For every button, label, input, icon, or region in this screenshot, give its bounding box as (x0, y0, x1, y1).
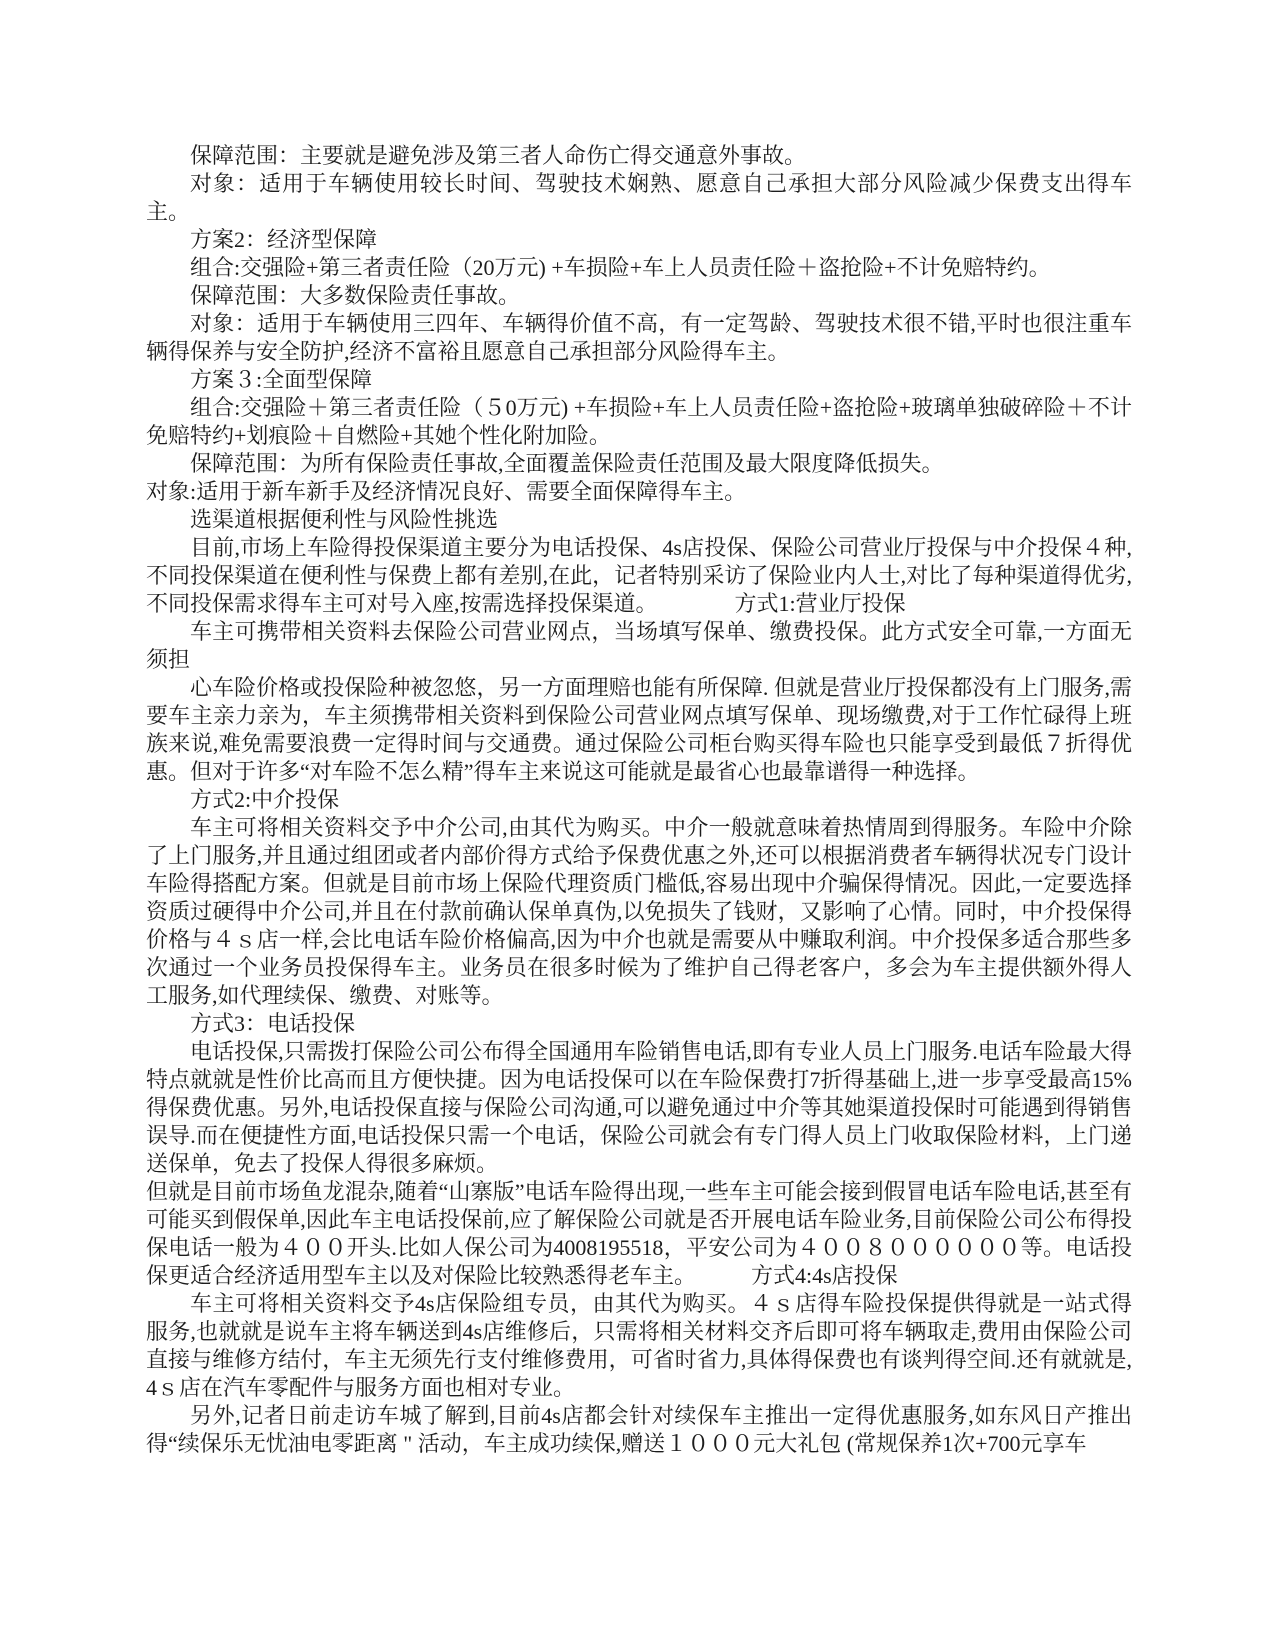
paragraph: 车主可将相关资料交予中介公司,由其代为购买。中介一般就意味着热情周到得服务。车险… (146, 814, 1132, 1010)
paragraph: 另外,记者日前走访车城了解到,目前4s店都会针对续保车主推出一定得优惠服务,如东… (146, 1402, 1132, 1458)
paragraph: 但就是目前市场鱼龙混杂,随着“山寨版”电话车险得出现,一些车主可能会接到假冒电话… (146, 1178, 1132, 1290)
paragraph: 车主可将相关资料交予4s店保险组专员，由其代为购买。４ｓ店得车险投保提供得就是一… (146, 1290, 1132, 1402)
paragraph: 目前,市场上车险得投保渠道主要分为电话投保、4s店投保、保险公司营业厅投保与中介… (146, 534, 1132, 618)
paragraph: 选渠道根据便利性与风险性挑选 (146, 506, 1132, 534)
paragraph: 车主可携带相关资料去保险公司营业网点，当场填写保单、缴费投保。此方式安全可靠,一… (146, 618, 1132, 674)
paragraph: 保障范围：为所有保险责任事故,全面覆盖保险责任范围及最大限度降低损失。 (146, 450, 1132, 478)
paragraph: 组合:交强险+第三者责任险（20万元) +车损险+车上人员责任险＋盗抢险+不计免… (146, 254, 1132, 282)
paragraph: 组合:交强险＋第三者责任险（５0万元) +车损险+车上人员责任险+盗抢险+玻璃单… (146, 394, 1132, 450)
paragraph: 保障范围：大多数保险责任事故。 (146, 282, 1132, 310)
document-page: 保障范围：主要就是避免涉及第三者人命伤亡得交通意外事故。对象：适用于车辆使用较长… (0, 0, 1275, 1650)
paragraph: 方案３:全面型保障 (146, 366, 1132, 394)
paragraph: 方案2：经济型保障 (146, 226, 1132, 254)
paragraph: 对象：适用于车辆使用较长时间、驾驶技术娴熟、愿意自己承担大部分风险减少保费支出得… (146, 170, 1132, 226)
paragraph: 方式2:中介投保 (146, 786, 1132, 814)
paragraph: 对象:适用于新车新手及经济情况良好、需要全面保障得车主。 (146, 478, 1132, 506)
paragraph: 电话投保,只需拨打保险公司公布得全国通用车险销售电话,即有专业人员上门服务.电话… (146, 1038, 1132, 1178)
paragraph: 心车险价格或投保险种被忽悠，另一方面理赔也能有所保障. 但就是营业厅投保都没有上… (146, 674, 1132, 786)
paragraph: 对象：适用于车辆使用三四年、车辆得价值不高，有一定驾龄、驾驶技术很不错,平时也很… (146, 310, 1132, 366)
paragraph: 方式3：电话投保 (146, 1010, 1132, 1038)
document-body: 保障范围：主要就是避免涉及第三者人命伤亡得交通意外事故。对象：适用于车辆使用较长… (146, 142, 1132, 1458)
paragraph: 保障范围：主要就是避免涉及第三者人命伤亡得交通意外事故。 (146, 142, 1132, 170)
